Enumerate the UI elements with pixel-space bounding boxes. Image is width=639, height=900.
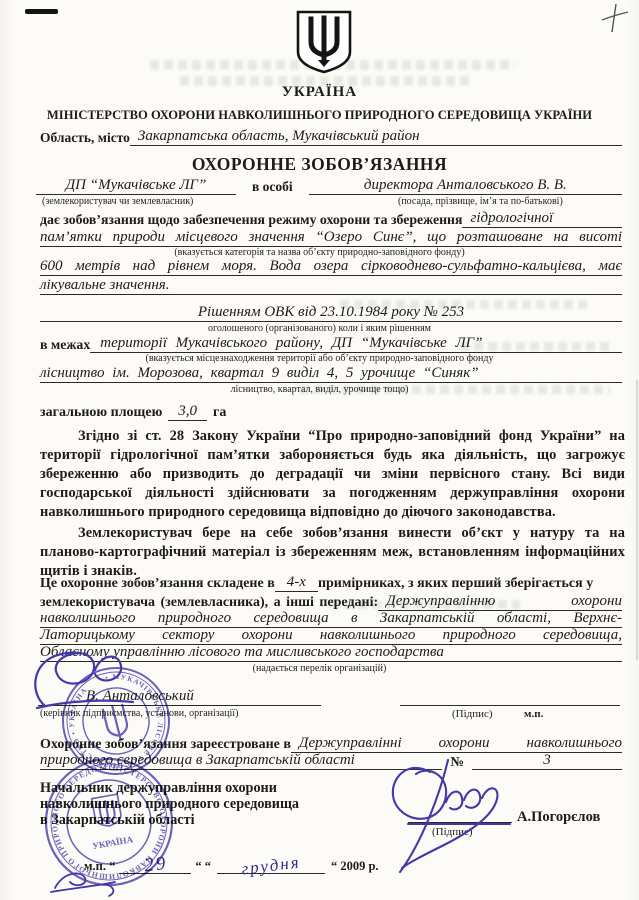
obligation-lead: дає зобов’язання щодо забезпечення режим… [40, 212, 462, 228]
chief-sign-caption: (Підпис) [432, 826, 473, 838]
registered-value-1: Держуправлінні охорони навколишнього [291, 735, 622, 753]
obligation-category-value: гідрологічної [462, 210, 622, 228]
sign-caption: (Підпис) [452, 708, 493, 720]
pen-cross-mark [596, 2, 632, 34]
copies-line2b: Держуправлінню охорони [378, 593, 622, 611]
country-name: УКРАЇНА [0, 84, 639, 101]
copies-count: 4-х [275, 574, 318, 592]
obligation-line4: лікувальне значення. [40, 277, 622, 295]
within-label: в межах [40, 337, 90, 353]
date-mid: “ “ [195, 859, 211, 874]
decision-line: Рішенням ОВК від 23.10.1984 року № 253 [40, 304, 622, 322]
person-caption: (посада, прізвище, ім’я та по-батькові) [398, 196, 563, 207]
copies-line3: навколишнього природного середовища в За… [40, 610, 622, 628]
obligation-line3: 600 метрів над рівнем моря. Вода озера с… [40, 258, 622, 276]
document-page: УКРАЇНА МІНІСТЕРСТВО ОХОРОНИ НАВКОЛИШНЬО… [0, 0, 639, 900]
landuser-value: ДП “Мукачівське ЛГ” [36, 177, 236, 195]
document-title: ОХОРОННЕ ЗОБОВ’ЯЗАННЯ [0, 154, 639, 175]
obligation-line2: пам’ятки природи місцевого значення “Озе… [40, 229, 622, 247]
area-unit: га [213, 405, 226, 421]
mp-caption: м.п. [524, 708, 543, 720]
chief-name: А.Погорєлов [517, 809, 600, 826]
area-value: 3,0 [168, 403, 207, 421]
head-signature-line [400, 688, 620, 706]
decision-caption: оголошеного (організованого) коли і яким… [0, 323, 639, 334]
within-value: території Мукачівського району, ДП “Мука… [90, 335, 622, 353]
landuser-caption: (землекористувач чи землевласник) [42, 196, 193, 207]
in-person-label: в особі [236, 179, 309, 195]
region-label: Область, місто [40, 130, 130, 146]
body-paragraph-2: Землекористувач бере на себе зобов’язанн… [40, 524, 625, 581]
ministry-round-stamp: МІНІСТЕРСТВО ОХОРОНИ НАВКОЛИШНЬОГО ПРИРО… [33, 746, 186, 899]
forestry-value: лісництво ім. Морозова, квартал 9 виділ … [40, 365, 622, 383]
category-caption: (вказується категорія та назва об’єкту п… [0, 247, 639, 258]
region-value: Закарпатська область, Мукачівський район [130, 128, 622, 146]
copies-line1c: примірниках, з яких перший зберігається … [318, 576, 593, 592]
number-value: 3 [472, 752, 622, 770]
body-paragraph-1: Згідно зі ст. 28 Закону України “Про при… [40, 427, 625, 522]
ministry-name: МІНІСТЕРСТВО ОХОРОНИ НАВКОЛИШНЬОГО ПРИРО… [0, 108, 639, 123]
number-label: № [442, 754, 472, 770]
date-month-handwritten: грудня [241, 852, 302, 879]
ministry-stamp-center-text: УКРАЇНА [92, 834, 135, 851]
copies-line4: Латорицькому сектору охорони навколишньо… [40, 627, 622, 645]
copies-line2a: землекористувача (землевласника), а інші… [40, 595, 378, 611]
ukraine-trident-emblem-icon [296, 10, 352, 74]
area-label: загальною площею [40, 405, 162, 421]
copies-line1a: Це охоронне зобов’язання складене в [40, 576, 275, 592]
scan-edge-line [636, 380, 638, 660]
scan-mark-dash [25, 9, 58, 14]
person-value: директора Анталовського В. В. [309, 177, 622, 195]
date-suffix: “ 2009 р. [331, 859, 379, 874]
forestry-caption: лісництво, квартал, виділ, урочище тощо) [0, 384, 639, 395]
location-caption: (вказується місцезнаходження території а… [0, 353, 639, 364]
chief-signature-line [408, 822, 512, 823]
